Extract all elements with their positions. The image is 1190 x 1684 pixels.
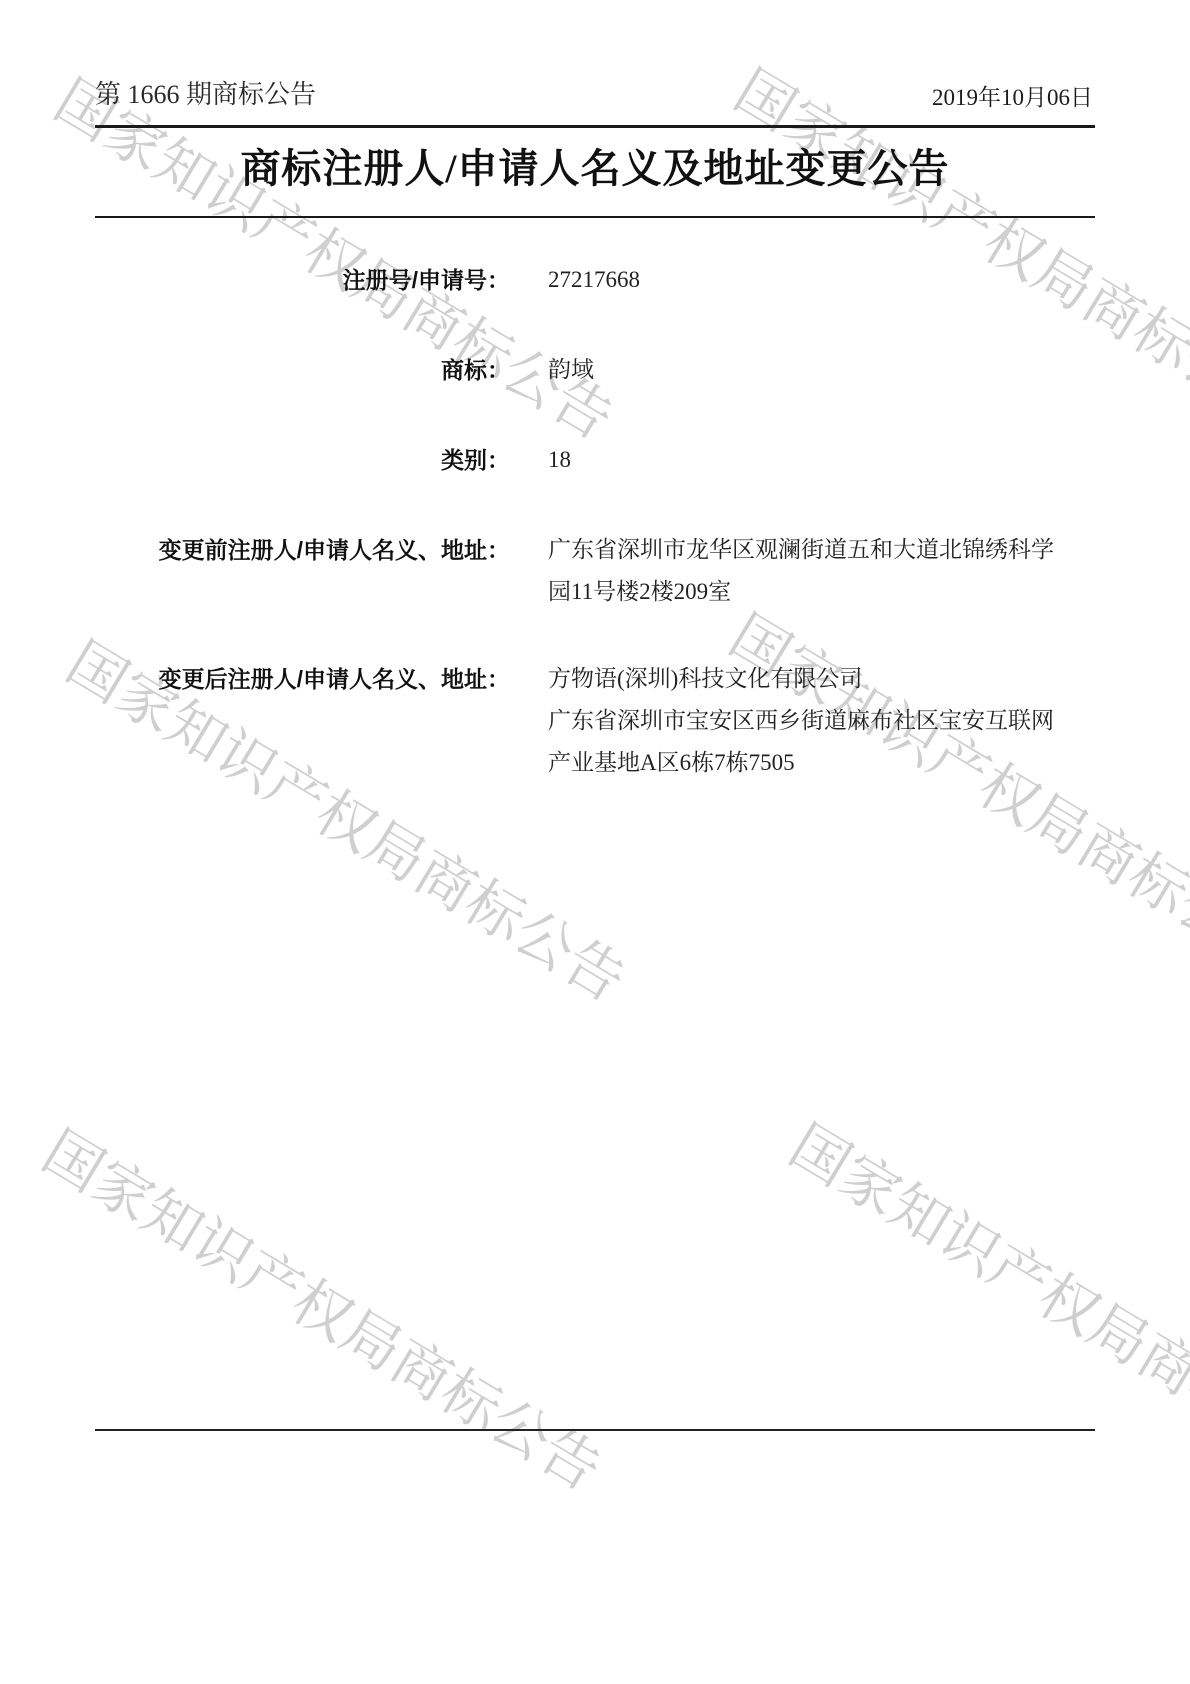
watermark-layer: 国家知识产权局商标公告国家知识产权局商标公告国家知识产权局商标公告国家知识产权局…: [0, 0, 1190, 1684]
header-rule: [95, 125, 1095, 128]
page-title: 商标注册人/申请人名义及地址变更公告: [0, 142, 1190, 196]
field-label: 变更后注册人/申请人名义、地址：: [0, 658, 510, 700]
gazette-date: 2019年10月06日: [932, 82, 1093, 114]
gazette-page: 国家知识产权局商标公告国家知识产权局商标公告国家知识产权局商标公告国家知识产权局…: [0, 0, 1190, 1684]
diagonal-watermark-text: 国家知识产权局商标公告: [717, 590, 1190, 991]
title-rule: [95, 216, 1095, 218]
field-value: 方物语(深圳)科技文化有限公司广东省深圳市宝安区西乡街道麻布社区宝安互联网产业基…: [548, 658, 1088, 784]
field-label: 注册号/申请号：: [0, 259, 510, 301]
field-value: 广东省深圳市龙华区观澜街道五和大道北锦绣科学园11号楼2楼209室: [548, 529, 1088, 613]
diagonal-watermark-text: 国家知识产权局商标公告: [777, 1100, 1190, 1501]
field-value-line: 产业基地A区6栋7栋7505: [548, 742, 1088, 784]
field-value-line: 方物语(深圳)科技文化有限公司: [548, 658, 1088, 700]
diagonal-watermark-text: 国家知识产权局商标公告: [30, 1106, 620, 1507]
field-value-line: 韵域: [548, 349, 1088, 391]
field-label: 变更前注册人/申请人名义、地址：: [0, 529, 510, 571]
field-label: 商标：: [0, 349, 510, 391]
field-value: 27217668: [548, 259, 1088, 301]
field-value-line: 园11号楼2楼209室: [548, 571, 1088, 613]
field-value-line: 广东省深圳市龙华区观澜街道五和大道北锦绣科学: [548, 529, 1088, 571]
field-value: 韵域: [548, 349, 1088, 391]
field-value-line: 18: [548, 439, 1088, 481]
field-value-line: 广东省深圳市宝安区西乡街道麻布社区宝安互联网: [548, 700, 1088, 742]
footer-rule: [95, 1429, 1095, 1431]
field-value: 18: [548, 439, 1088, 481]
diagonal-watermark-text: 国家知识产权局商标公告: [42, 55, 632, 456]
field-label: 类别：: [0, 439, 510, 481]
field-value-line: 27217668: [548, 259, 1088, 301]
gazette-issue-label: 第 1666 期商标公告: [95, 78, 316, 112]
